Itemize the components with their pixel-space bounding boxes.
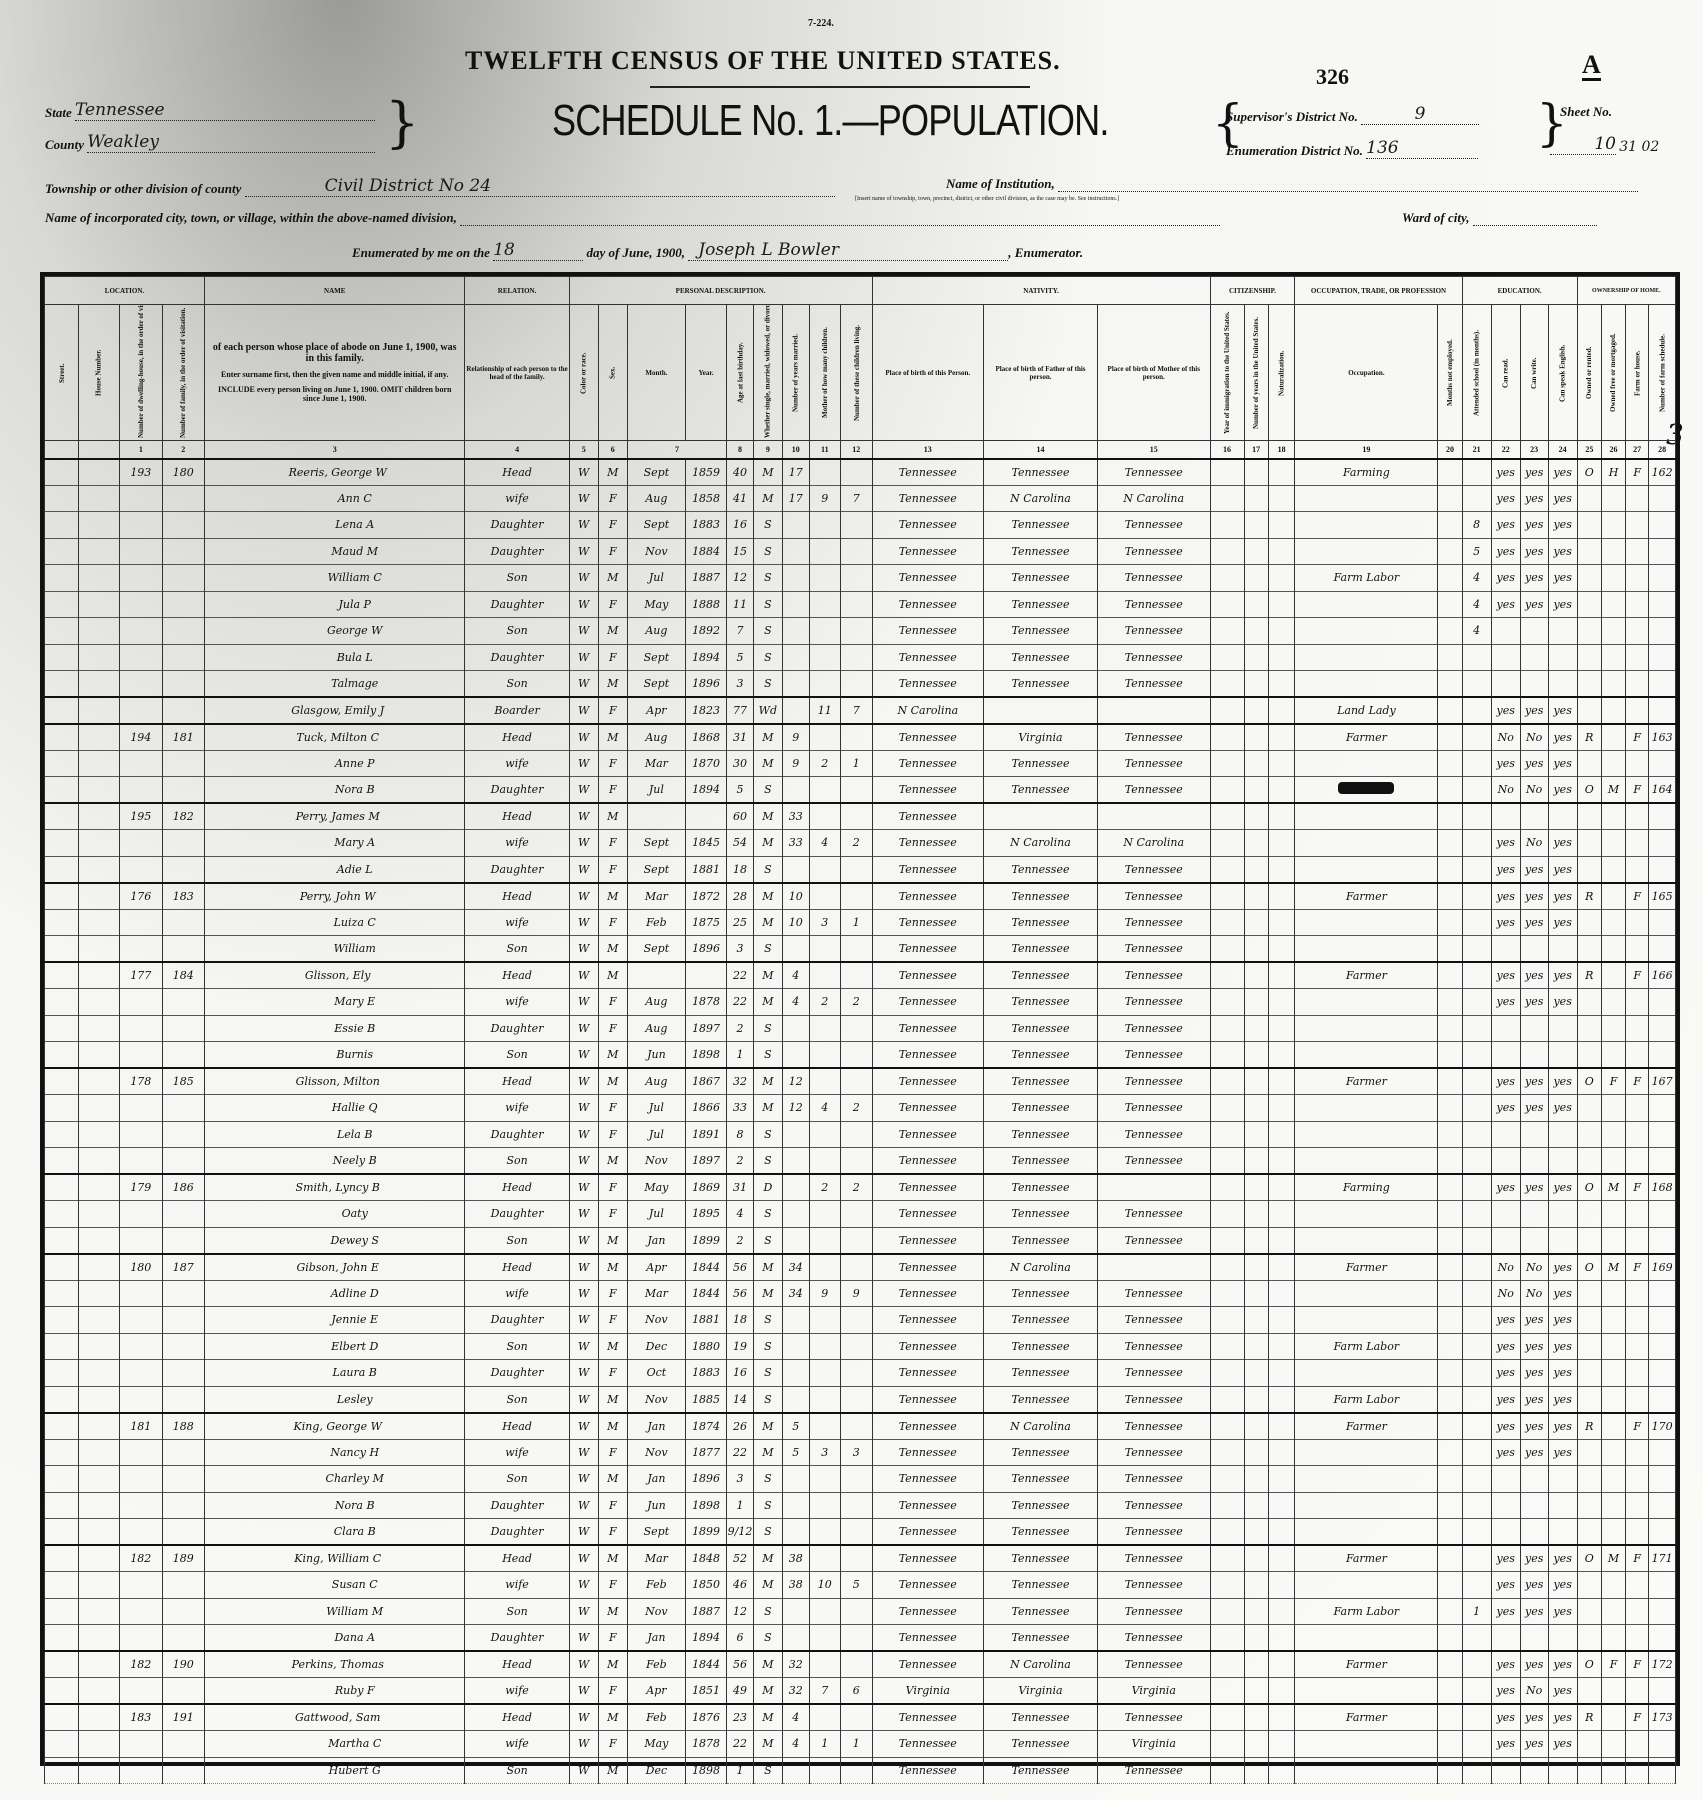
children-living-cell <box>841 459 873 486</box>
owned-rented-cell: O <box>1577 1545 1601 1572</box>
family-cell <box>162 1201 204 1228</box>
naturalization-cell <box>1268 512 1295 539</box>
english-cell <box>1548 1227 1577 1254</box>
mother-of-cell: 9 <box>809 1280 841 1307</box>
children-living-cell <box>841 1492 873 1519</box>
enumerator-name: Joseph L Bowler <box>688 240 1008 261</box>
occupation-cell: Farmer <box>1295 962 1438 989</box>
farm-schedule-cell: 17037 <box>1649 1413 1676 1440</box>
age-cell: 12 <box>727 1598 754 1625</box>
table-row: Glasgow, Emily J Boarder W F Apr 1823 77… <box>45 697 1676 724</box>
birth-month-cell: Sept <box>627 512 685 539</box>
read-cell: yes <box>1491 1572 1520 1599</box>
dwelling-cell <box>120 1678 162 1705</box>
owned-rented-cell: O <box>1577 777 1601 804</box>
occupation-cell <box>1295 1731 1438 1758</box>
name-instructions-2: INCLUDE every person living on June 1, 1… <box>209 385 461 403</box>
dwelling-cell: 183 <box>120 1704 162 1731</box>
english-cell <box>1548 1625 1577 1652</box>
english-cell: yes <box>1548 1095 1577 1122</box>
age-cell: 3 <box>727 936 754 963</box>
english-cell: yes <box>1548 1545 1577 1572</box>
sex-cell: M <box>598 459 627 486</box>
read-cell <box>1491 1148 1520 1175</box>
years-us-cell <box>1244 1731 1268 1758</box>
farm-house-cell <box>1626 936 1649 963</box>
children-living-cell: 7 <box>841 485 873 512</box>
years-us-cell <box>1244 1492 1268 1519</box>
read-cell <box>1491 1227 1520 1254</box>
table-row: Anne P wife W F Mar 1870 30 M 9 2 1 Tenn… <box>45 750 1676 777</box>
family-cell <box>162 830 204 857</box>
free-mortgaged-cell <box>1601 1757 1625 1784</box>
table-row: 182 189 King, William C Head W M Mar 184… <box>45 1545 1676 1572</box>
sex-cell: M <box>598 618 627 645</box>
write-cell: yes <box>1520 512 1548 539</box>
months-unemployed-cell <box>1438 1519 1462 1546</box>
color-cell: W <box>569 1068 598 1095</box>
birthplace-cell: Tennessee <box>872 618 983 645</box>
col-naturalization: Naturalization. <box>1268 305 1295 441</box>
read-cell: yes <box>1491 962 1520 989</box>
write-cell <box>1520 1042 1548 1069</box>
immigration-cell <box>1210 936 1244 963</box>
ward-label: Ward of city, <box>1402 210 1470 225</box>
birthplace-cell: Tennessee <box>872 1333 983 1360</box>
birth-year-cell: 1869 <box>685 1174 726 1201</box>
birth-month-cell: Sept <box>627 644 685 671</box>
free-mortgaged-cell <box>1601 1333 1625 1360</box>
occupation-cell: Farm Labor <box>1295 565 1438 592</box>
father-birthplace-cell: Tennessee <box>984 1174 1098 1201</box>
institution-field: Name of Institution, <box>946 176 1638 192</box>
age-cell: 15 <box>727 538 754 565</box>
occupation-cell: Farm Labor <box>1295 1386 1438 1413</box>
mother-birthplace-cell: Tennessee <box>1097 644 1210 671</box>
years-married-cell: 5 <box>782 1413 809 1440</box>
dwelling-cell <box>120 1042 162 1069</box>
write-cell: yes <box>1520 1068 1548 1095</box>
dwelling-cell: 178 <box>120 1068 162 1095</box>
house-number-cell <box>78 512 119 539</box>
birthplace-cell: Tennessee <box>872 485 983 512</box>
father-birthplace-cell: Tennessee <box>984 1148 1098 1175</box>
house-number-cell <box>78 1651 119 1678</box>
farm-house-cell <box>1626 830 1649 857</box>
person-name: Martha C <box>204 1731 465 1758</box>
house-number-cell <box>78 1360 119 1387</box>
mother-of-cell <box>809 671 841 698</box>
birth-year-cell: 1884 <box>685 538 726 565</box>
mother-birthplace-cell: Tennessee <box>1097 724 1210 751</box>
state-label: State <box>45 105 72 120</box>
birthplace-cell: Virginia <box>872 1678 983 1705</box>
dwelling-cell <box>120 512 162 539</box>
farm-schedule-cell: 36 <box>1649 1386 1676 1413</box>
farm-schedule-cell: 16 <box>1649 856 1676 883</box>
street-cell <box>45 1704 79 1731</box>
farm-house-cell <box>1626 1492 1649 1519</box>
color-cell: W <box>569 512 598 539</box>
marital-cell: M <box>753 1704 782 1731</box>
family-cell <box>162 1466 204 1493</box>
table-row: Hubert G Son W M Dec 1898 1 S Tennessee … <box>45 1757 1676 1784</box>
owned-rented-cell: R <box>1577 883 1601 910</box>
naturalization-cell <box>1268 777 1295 804</box>
birth-month-cell: Mar <box>627 1280 685 1307</box>
table-row: Susan C wife W F Feb 1850 46 M 38 10 5 T… <box>45 1572 1676 1599</box>
farm-house-cell <box>1626 538 1649 565</box>
family-cell <box>162 1519 204 1546</box>
township-value: Civil District No 24 <box>245 176 835 197</box>
sex-cell: F <box>598 830 627 857</box>
read-cell: yes <box>1491 538 1520 565</box>
owned-rented-cell <box>1577 1121 1601 1148</box>
children-living-cell <box>841 1757 873 1784</box>
father-birthplace-cell: Tennessee <box>984 909 1098 936</box>
dwelling-cell: 182 <box>120 1545 162 1572</box>
colnum: 21 <box>1462 441 1491 459</box>
months-unemployed-cell <box>1438 671 1462 698</box>
school-cell <box>1462 856 1491 883</box>
years-us-cell <box>1244 1333 1268 1360</box>
table-row: Mary A wife W F Sept 1845 54 M 33 4 2 Te… <box>45 830 1676 857</box>
naturalization-cell <box>1268 1307 1295 1334</box>
person-name: Gibson, John E <box>204 1254 465 1281</box>
street-cell <box>45 830 79 857</box>
person-name: Laura B <box>204 1360 465 1387</box>
father-birthplace-cell: Tennessee <box>984 1307 1098 1334</box>
family-cell <box>162 856 204 883</box>
person-name: Mary E <box>204 989 465 1016</box>
color-cell: W <box>569 1307 598 1334</box>
birth-month-cell: Jun <box>627 1492 685 1519</box>
dwelling-cell: 194 <box>120 724 162 751</box>
age-cell: 60 <box>727 803 754 830</box>
ownership-group: OWNERSHIP OF HOME. <box>1577 277 1675 305</box>
naturalization-cell <box>1268 1068 1295 1095</box>
free-mortgaged-cell <box>1601 803 1625 830</box>
immigration-cell <box>1210 1333 1244 1360</box>
naturalization-cell <box>1268 459 1295 486</box>
read-cell <box>1491 1015 1520 1042</box>
person-name: Lesley <box>204 1386 465 1413</box>
children-living-cell <box>841 962 873 989</box>
dwelling-cell <box>120 909 162 936</box>
relation-cell: Daughter <box>465 1015 569 1042</box>
write-cell: yes <box>1520 1333 1548 1360</box>
dwelling-cell <box>120 936 162 963</box>
farm-house-cell: F <box>1626 777 1649 804</box>
write-cell <box>1520 1121 1548 1148</box>
house-number-cell <box>78 1121 119 1148</box>
owned-rented-cell <box>1577 1148 1601 1175</box>
naturalization-cell <box>1268 1678 1295 1705</box>
months-unemployed-cell <box>1438 1466 1462 1493</box>
farm-schedule-cell: 33 <box>1649 1307 1676 1334</box>
school-cell <box>1462 1333 1491 1360</box>
read-cell: yes <box>1491 856 1520 883</box>
farm-house-cell <box>1626 1466 1649 1493</box>
birth-month-cell: Dec <box>627 1757 685 1784</box>
person-name: Anne P <box>204 750 465 777</box>
age-cell: 16 <box>727 512 754 539</box>
mother-of-cell <box>809 1757 841 1784</box>
farm-house-cell <box>1626 1042 1649 1069</box>
occupation-cell <box>1295 1095 1438 1122</box>
children-living-cell <box>841 1545 873 1572</box>
years-us-cell <box>1244 591 1268 618</box>
form-code: 7-224. <box>808 18 834 29</box>
marital-cell: S <box>753 1466 782 1493</box>
sex-cell: F <box>598 1201 627 1228</box>
family-cell <box>162 1015 204 1042</box>
birthplace-cell: Tennessee <box>872 750 983 777</box>
farm-schedule-cell: 25 <box>1649 1095 1676 1122</box>
colnum: 15 <box>1097 441 1210 459</box>
mother-of-cell: 4 <box>809 830 841 857</box>
relation-cell: Daughter <box>465 1307 569 1334</box>
farm-house-cell <box>1626 1307 1649 1334</box>
color-cell: W <box>569 1148 598 1175</box>
birth-year-cell: 1870 <box>685 750 726 777</box>
marital-cell: S <box>753 1121 782 1148</box>
father-birthplace-cell: N Carolina <box>984 830 1098 857</box>
naturalization-cell <box>1268 803 1295 830</box>
immigration-cell <box>1210 1095 1244 1122</box>
free-mortgaged-cell: M <box>1601 1174 1625 1201</box>
owned-rented-cell: O <box>1577 1174 1601 1201</box>
children-living-cell: 5 <box>841 1572 873 1599</box>
mother-of-cell <box>809 1413 841 1440</box>
school-cell: 5 <box>1462 538 1491 565</box>
col-years-in-us: Number of years in the United States. <box>1244 305 1268 441</box>
color-cell: W <box>569 856 598 883</box>
immigration-cell <box>1210 459 1244 486</box>
birth-month-cell: May <box>627 1731 685 1758</box>
birth-month-cell: Jul <box>627 1121 685 1148</box>
birth-year-cell: 1883 <box>685 512 726 539</box>
mother-of-cell: 3 <box>809 909 841 936</box>
col-immigration-year: Year of immigration to the United States… <box>1210 305 1244 441</box>
years-us-cell <box>1244 1651 1268 1678</box>
months-unemployed-cell <box>1438 1704 1462 1731</box>
person-name: Adline D <box>204 1280 465 1307</box>
school-cell <box>1462 1492 1491 1519</box>
mother-birthplace-cell: Tennessee <box>1097 618 1210 645</box>
years-married-cell <box>782 1386 809 1413</box>
sex-cell: F <box>598 1519 627 1546</box>
marital-cell: M <box>753 459 782 486</box>
naturalization-cell <box>1268 671 1295 698</box>
naturalization-cell <box>1268 1174 1295 1201</box>
street-cell <box>45 1015 79 1042</box>
house-number-cell <box>78 1678 119 1705</box>
occupation-cell <box>1295 803 1438 830</box>
occupation-group: OCCUPATION, TRADE, OR PROFESSION <box>1295 277 1462 305</box>
birthplace-cell: Tennessee <box>872 883 983 910</box>
ward-field: Ward of city, <box>1402 210 1597 226</box>
family-cell <box>162 1492 204 1519</box>
age-cell: 11 <box>727 591 754 618</box>
person-name: Dana A <box>204 1625 465 1652</box>
family-cell: 188 <box>162 1413 204 1440</box>
school-cell <box>1462 724 1491 751</box>
age-cell: 49 <box>727 1678 754 1705</box>
age-cell: 56 <box>727 1651 754 1678</box>
children-living-cell <box>841 803 873 830</box>
street-cell <box>45 1492 79 1519</box>
street-cell <box>45 1572 79 1599</box>
years-us-cell <box>1244 459 1268 486</box>
owned-rented-cell <box>1577 1360 1601 1387</box>
naturalization-cell <box>1268 989 1295 1016</box>
children-living-cell <box>841 1121 873 1148</box>
write-cell: No <box>1520 1254 1548 1281</box>
col-house-number: House Number. <box>78 305 119 441</box>
person-name: Neely B <box>204 1148 465 1175</box>
family-cell: 186 <box>162 1174 204 1201</box>
occupation-cell <box>1295 909 1438 936</box>
name-group: NAME <box>204 277 465 305</box>
read-cell: yes <box>1491 591 1520 618</box>
family-cell <box>162 909 204 936</box>
school-cell <box>1462 1757 1491 1784</box>
color-cell: W <box>569 1545 598 1572</box>
color-cell: W <box>569 962 598 989</box>
relation-cell: Head <box>465 1651 569 1678</box>
naturalization-cell <box>1268 1466 1295 1493</box>
birth-year-cell: 1887 <box>685 1598 726 1625</box>
dwelling-cell <box>120 1201 162 1228</box>
street-cell <box>45 1254 79 1281</box>
school-cell <box>1462 989 1491 1016</box>
table-row: Essie B Daughter W F Aug 1897 2 S Tennes… <box>45 1015 1676 1042</box>
sex-cell: F <box>598 591 627 618</box>
years-married-cell <box>782 1492 809 1519</box>
write-cell: yes <box>1520 909 1548 936</box>
years-us-cell <box>1244 750 1268 777</box>
farm-house-cell <box>1626 565 1649 592</box>
farm-schedule-cell: 29 <box>1649 1201 1676 1228</box>
farm-schedule-cell: 16517 <box>1649 883 1676 910</box>
street-cell <box>45 856 79 883</box>
father-birthplace-cell: Tennessee <box>984 1042 1098 1069</box>
table-row: Burnis Son W M Jun 1898 1 S Tennessee Te… <box>45 1042 1676 1069</box>
read-cell <box>1491 1042 1520 1069</box>
farm-schedule-cell: 3 <box>1649 512 1676 539</box>
colnum: 1 <box>120 441 162 459</box>
person-name: Maud M <box>204 538 465 565</box>
mother-of-cell: 2 <box>809 750 841 777</box>
colnum: 13 <box>872 441 983 459</box>
table-row: Lesley Son W M Nov 1885 14 S Tennessee T… <box>45 1386 1676 1413</box>
house-number-cell <box>78 1545 119 1572</box>
free-mortgaged-cell <box>1601 1015 1625 1042</box>
farm-house-cell: F <box>1626 1545 1649 1572</box>
mother-birthplace-cell: Tennessee <box>1097 1492 1210 1519</box>
immigration-cell <box>1210 1519 1244 1546</box>
birth-year-cell: 1868 <box>685 724 726 751</box>
birth-month-cell: Nov <box>627 1439 685 1466</box>
naturalization-cell <box>1268 644 1295 671</box>
father-birthplace-cell: Tennessee <box>984 989 1098 1016</box>
free-mortgaged-cell <box>1601 697 1625 724</box>
relation-cell: wife <box>465 1731 569 1758</box>
school-cell <box>1462 936 1491 963</box>
marital-cell: S <box>753 1015 782 1042</box>
birth-year-cell: 1899 <box>685 1227 726 1254</box>
table-row: William Son W M Sept 1896 3 S Tennessee … <box>45 936 1676 963</box>
occupation-cell <box>1295 1280 1438 1307</box>
age-cell: 7 <box>727 618 754 645</box>
col-marital: Whether single, married, widowed, or div… <box>753 305 782 441</box>
ward-value <box>1473 225 1597 226</box>
write-cell <box>1520 1625 1548 1652</box>
english-cell: yes <box>1548 962 1577 989</box>
years-us-cell <box>1244 830 1268 857</box>
farm-house-cell <box>1626 1598 1649 1625</box>
color-cell: W <box>569 1333 598 1360</box>
farm-schedule-cell: 38 <box>1649 1439 1676 1466</box>
months-unemployed-cell <box>1438 1121 1462 1148</box>
immigration-cell <box>1210 565 1244 592</box>
person-name: Adie L <box>204 856 465 883</box>
street-cell <box>45 750 79 777</box>
owned-rented-cell <box>1577 1731 1601 1758</box>
house-number-cell <box>78 1095 119 1122</box>
free-mortgaged-cell: F <box>1601 1651 1625 1678</box>
months-unemployed-cell <box>1438 1439 1462 1466</box>
school-cell <box>1462 1678 1491 1705</box>
months-unemployed-cell <box>1438 485 1462 512</box>
sex-cell: F <box>598 1678 627 1705</box>
age-cell: 28 <box>727 883 754 910</box>
street-cell <box>45 1651 79 1678</box>
farm-schedule-cell: 15 <box>1649 830 1676 857</box>
mother-birthplace-cell: Tennessee <box>1097 1386 1210 1413</box>
birthplace-cell: Tennessee <box>872 459 983 486</box>
house-number-cell <box>78 459 119 486</box>
father-birthplace-cell: Tennessee <box>984 618 1098 645</box>
farm-schedule-cell: 14 <box>1649 803 1676 830</box>
street-cell <box>45 1307 79 1334</box>
write-cell: yes <box>1520 591 1548 618</box>
school-cell <box>1462 1651 1491 1678</box>
mother-birthplace-cell: Tennessee <box>1097 538 1210 565</box>
naturalization-cell <box>1268 1598 1295 1625</box>
col-dwelling: Number of dwelling-house, in the order o… <box>120 305 162 441</box>
color-cell: W <box>569 1201 598 1228</box>
age-cell: 2 <box>727 1148 754 1175</box>
mother-of-cell <box>809 1227 841 1254</box>
age-cell: 4 <box>727 1201 754 1228</box>
english-cell <box>1548 1466 1577 1493</box>
colnum: 22 <box>1491 441 1520 459</box>
marital-cell: S <box>753 1227 782 1254</box>
birth-month-cell: Jul <box>627 1201 685 1228</box>
table-row: Adie L Daughter W F Sept 1881 18 S Tenne… <box>45 856 1676 883</box>
father-birthplace-cell: Tennessee <box>984 1625 1098 1652</box>
personal-group: PERSONAL DESCRIPTION. <box>569 277 872 305</box>
months-unemployed-cell <box>1438 1360 1462 1387</box>
years-us-cell <box>1244 697 1268 724</box>
naturalization-cell <box>1268 1201 1295 1228</box>
farm-house-cell: F <box>1626 459 1649 486</box>
mother-of-cell <box>809 1254 841 1281</box>
color-cell: W <box>569 1651 598 1678</box>
marital-cell: M <box>753 1731 782 1758</box>
